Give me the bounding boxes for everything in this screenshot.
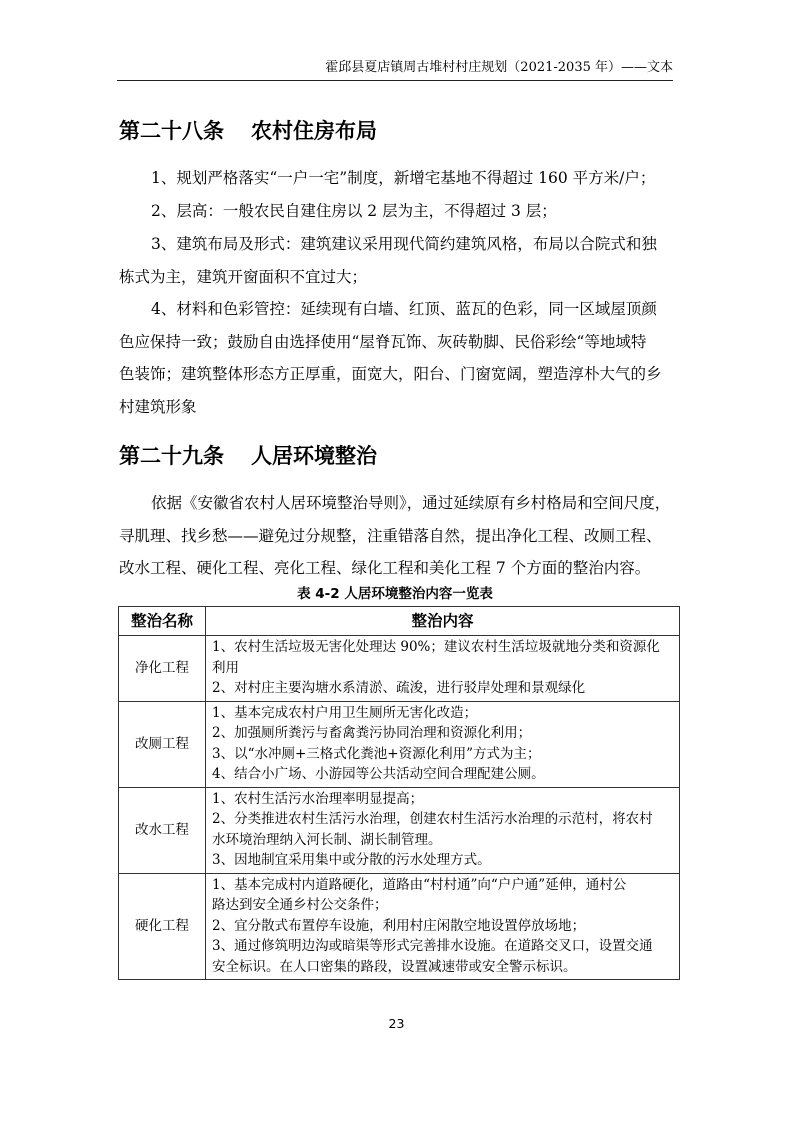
content-line: 2、分类推进农村生活污水治理，创建农村生活污水治理的示范村，将农村 — [212, 809, 673, 830]
row-content: 1、农村生活污水治理率明显提高； 2、分类推进农村生活污水治理，创建农村生活污水… — [206, 787, 680, 873]
content-line: 2、对村庄主要沟塘水系清淤、疏浚，进行驳岸处理和景观绿化 — [212, 678, 673, 699]
content-line: 水环境治理纳入河长制、湖长制管理。 — [212, 830, 673, 851]
section-number: 第二十八条 — [119, 116, 251, 146]
section-title: 农村住房布局 — [251, 119, 377, 143]
text-line: 改水工程、硬化工程、亮化工程、绿化工程和美化工程 7 个方面的整治内容。 — [119, 552, 675, 585]
table-caption: 表 4-2 人居环境整治内容一览表 — [117, 584, 673, 604]
row-name: 净化工程 — [119, 636, 206, 702]
table-header-row: 整治名称 整治内容 — [119, 607, 680, 636]
row-name: 硬化工程 — [119, 873, 206, 980]
header-divider — [117, 80, 673, 81]
content-line: 2、加强厕所粪污与畜禽粪污协同治理和资源化利用； — [212, 723, 673, 744]
content-line: 1、基本完成村内道路硬化，道路由“村村通”向“户户通”延伸，通村公 — [212, 875, 673, 896]
section-heading-29: 第二十九条人居环境整治 — [119, 441, 377, 471]
paragraph: 3、建筑布局及形式：建筑建议采用现代简约建筑风格，布局以合院式和独 栋式为主，建… — [119, 228, 675, 293]
text-line: 村建筑形象 — [119, 391, 675, 424]
column-header-name: 整治名称 — [119, 607, 206, 636]
row-content: 1、基本完成农村户用卫生厕所无害化改造； 2、加强厕所粪污与畜禽粪污协同治理和资… — [206, 701, 680, 787]
text-line: 色应保持一致；鼓励自由选择使用“屋脊瓦饰、灰砖勒脚、民俗彩绘“等地域特 — [119, 326, 675, 359]
page-number: 23 — [0, 1016, 793, 1031]
content-line: 4、结合小广场、小游园等公共活动空间合理配建公厕。 — [212, 764, 673, 785]
table-row: 净化工程 1、农村生活垃圾无害化处理达 90%；建议农村生活垃圾就地分类和资源化… — [119, 636, 680, 702]
text-line: 依据《安徽省农村人居环境整治导则》，通过延续原有乡村格局和空间尺度， — [119, 487, 675, 520]
text-line: 栋式为主，建筑开窗面积不宜过大； — [119, 261, 675, 294]
section-number: 第二十九条 — [119, 441, 251, 471]
table-row: 硬化工程 1、基本完成村内道路硬化，道路由“村村通”向“户户通”延伸，通村公 路… — [119, 873, 680, 980]
text-line: 色装饰；建筑整体形态方正厚重，面宽大，阳台、门窗宽阔，塑造淳朴大气的乡 — [119, 358, 675, 391]
text-line: 寻肌理、找乡愁——避免过分规整，注重错落自然，提出净化工程、改厕工程、 — [119, 520, 675, 553]
content-line: 路达到安全通乡村公交条件； — [212, 895, 673, 916]
content-line: 1、农村生活污水治理率明显提高； — [212, 789, 673, 810]
row-content: 1、农村生活垃圾无害化处理达 90%；建议农村生活垃圾就地分类和资源化 利用 2… — [206, 636, 680, 702]
paragraph: 1、规划严格落实“一户一宅”制度，新增宅基地不得超过 160 平方米/户； — [119, 162, 675, 195]
content-line: 1、农村生活垃圾无害化处理达 90%；建议农村生活垃圾就地分类和资源化 — [212, 637, 673, 658]
paragraph: 4、材料和色彩管控：延续现有白墙、红顶、蓝瓦的色彩，同一区域屋顶颜 色应保持一致… — [119, 293, 675, 423]
content-line: 3、因地制宜采用集中或分散的污水处理方式。 — [212, 850, 673, 871]
section-title: 人居环境整治 — [251, 444, 377, 468]
row-content: 1、基本完成村内道路硬化，道路由“村村通”向“户户通”延伸，通村公 路达到安全通… — [206, 873, 680, 980]
content-line: 1、基本完成农村户用卫生厕所无害化改造； — [212, 703, 673, 724]
content-line: 安全标识。在人口密集的路段，设置减速带或安全警示标识。 — [212, 957, 673, 978]
content-line: 2、宜分散式布置停车设施，利用村庄闲散空地设置停放场地； — [212, 916, 673, 937]
content-line: 利用 — [212, 658, 673, 679]
table-row: 改水工程 1、农村生活污水治理率明显提高； 2、分类推进农村生活污水治理，创建农… — [119, 787, 680, 873]
content-line: 3、通过修筑明边沟或暗渠等形式完善排水设施。在道路交叉口，设置交通 — [212, 936, 673, 957]
row-name: 改厕工程 — [119, 701, 206, 787]
text-line: 3、建筑布局及形式：建筑建议采用现代简约建筑风格，布局以合院式和独 — [119, 228, 675, 261]
table-row: 改厕工程 1、基本完成农村户用卫生厕所无害化改造； 2、加强厕所粪污与畜禽粪污协… — [119, 701, 680, 787]
text-line: 4、材料和色彩管控：延续现有白墙、红顶、蓝瓦的色彩，同一区域屋顶颜 — [119, 293, 675, 326]
paragraph: 依据《安徽省农村人居环境整治导则》，通过延续原有乡村格局和空间尺度， 寻肌理、找… — [119, 487, 675, 585]
content-line: 3、以“水冲厕+三格式化粪池+资源化利用”方式为主； — [212, 744, 673, 765]
paragraph: 2、层高：一般农民自建住房以 2 层为主，不得超过 3 层； — [119, 195, 675, 228]
renovation-table: 整治名称 整治内容 净化工程 1、农村生活垃圾无害化处理达 90%；建议农村生活… — [118, 606, 680, 980]
column-header-content: 整治内容 — [206, 607, 680, 636]
row-name: 改水工程 — [119, 787, 206, 873]
section-heading-28: 第二十八条农村住房布局 — [119, 116, 377, 146]
text-line: 2、层高：一般农民自建住房以 2 层为主，不得超过 3 层； — [119, 195, 675, 228]
running-header: 霍邱县夏店镇周古堆村村庄规划（2021-2035 年）——文本 — [117, 58, 673, 78]
text-line: 1、规划严格落实“一户一宅”制度，新增宅基地不得超过 160 平方米/户； — [119, 162, 675, 195]
